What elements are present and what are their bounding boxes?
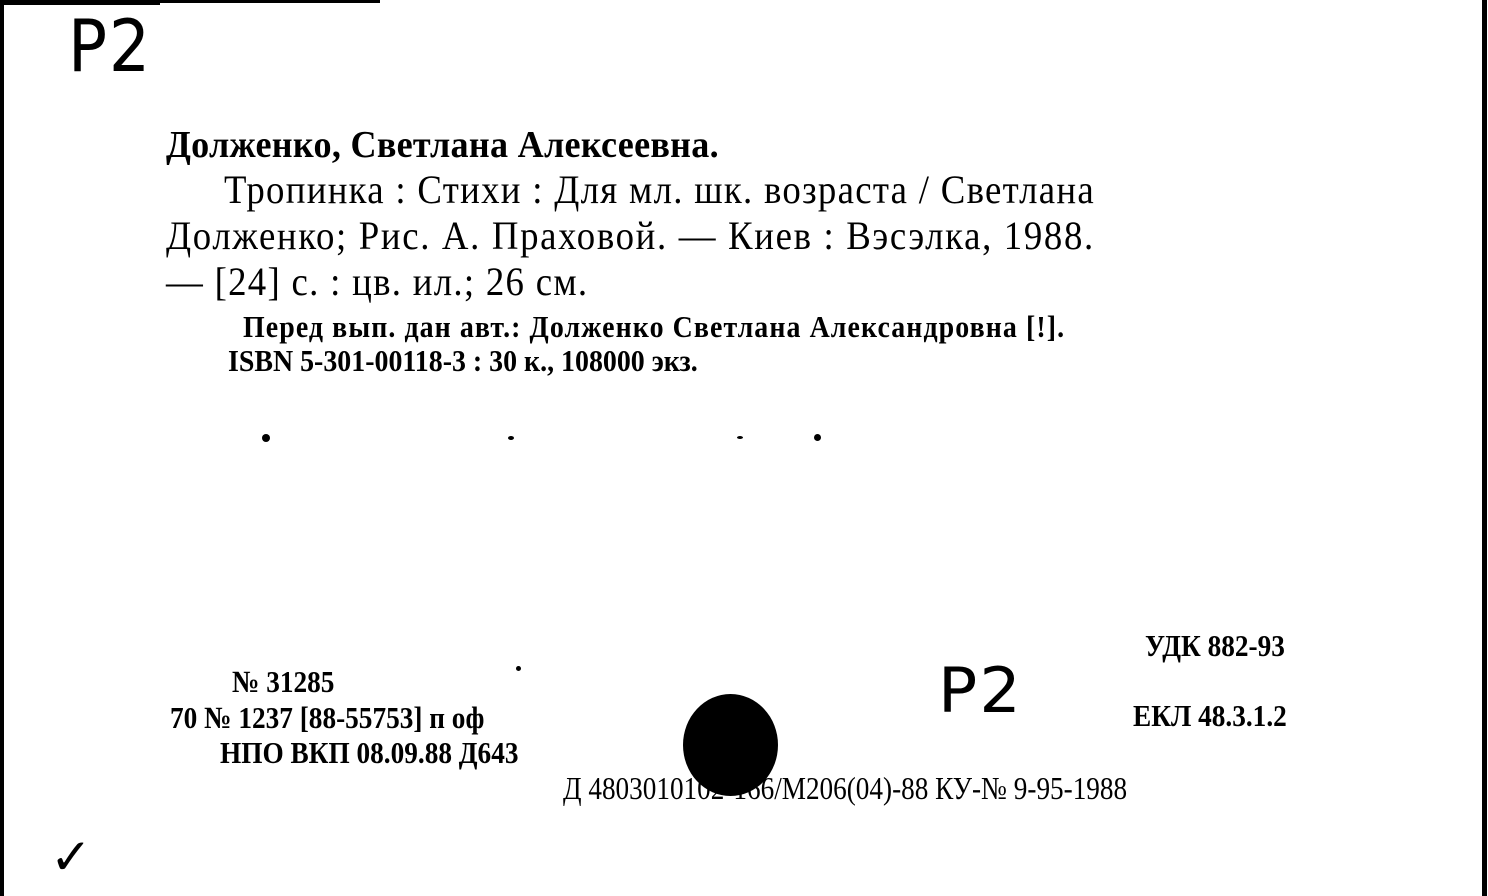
- catalog-card: P2 Долженко, Светлана Алексеевна. Тропин…: [0, 0, 1488, 896]
- print-speck: [737, 436, 743, 439]
- title-line-2: Долженко; Рис. А. Праховой. — Киев : Вэс…: [166, 212, 1095, 259]
- udk-classification: УДК 882-93: [1145, 628, 1285, 664]
- print-speck: [516, 666, 521, 671]
- handwritten-shelf-mark-top: P2: [68, 10, 152, 82]
- author-heading: Долженко, Светлана Алексеевна.: [166, 123, 719, 167]
- physical-description: — [24] с. : цв. ил.; 26 см.: [166, 258, 588, 305]
- imprint-number: № 31285: [232, 664, 334, 700]
- handwritten-check-mark: ✓: [50, 832, 92, 882]
- card-border-right: [1482, 0, 1487, 896]
- isbn-line: ISBN 5-301-00118-3 : 30 к., 108000 экз.: [228, 343, 698, 379]
- print-speck: [508, 436, 514, 440]
- punch-hole: [683, 694, 778, 796]
- print-speck: [262, 434, 270, 442]
- card-border-left: [0, 4, 4, 896]
- author-note: Перед вып. дан авт.: Долженко Светлана А…: [243, 309, 1065, 345]
- ekl-classification: ЕКЛ 48.3.1.2: [1133, 698, 1287, 734]
- imprint-order: 70 № 1237 [88-55753] п оф: [170, 700, 484, 736]
- catalog-code: Д 4803010102-166/М206(04)-88 КУ-№ 9-95-1…: [563, 770, 1127, 807]
- imprint-producer: НПО ВКП 08.09.88 Д643: [220, 735, 518, 771]
- handwritten-shelf-mark-bottom: P2: [938, 660, 1023, 722]
- title-line-1: Тропинка : Стихи : Для мл. шк. возраста …: [224, 166, 1095, 213]
- print-speck: [814, 434, 821, 441]
